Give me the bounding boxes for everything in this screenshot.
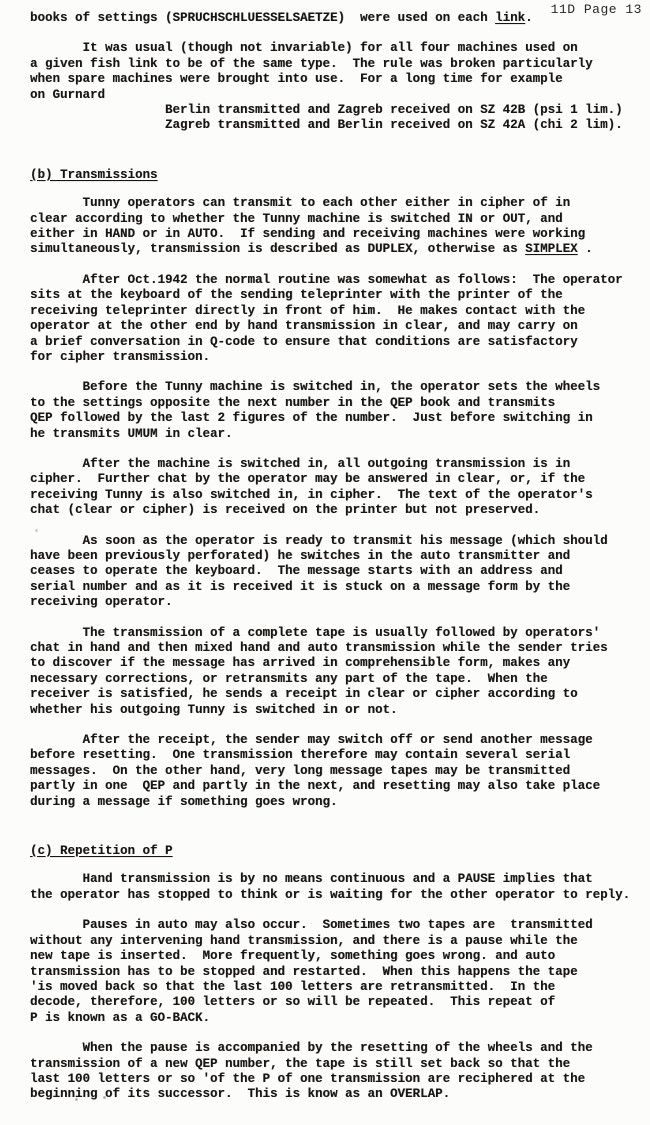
section-c-paragraph-1: Hand transmission is by no means continu… [30, 872, 642, 903]
intro-line: books of settings (SPRUCHSCHLUESSELSAETZ… [30, 11, 642, 26]
page-content: books of settings (SPRUCHSCHLUESSELSAETZ… [30, 11, 642, 1103]
section-b-paragraph-1: Tunny operators can transmit to each oth… [30, 196, 642, 258]
section-b-paragraph-1-underlined-word: SIMPLEX [525, 242, 578, 256]
intro-line-post: . [525, 11, 533, 25]
section-b-paragraph-7: After the receipt, the sender may switch… [30, 733, 642, 810]
section-b-paragraph-1-post: . [578, 242, 593, 256]
section-c-heading: (c) Repetition of P [30, 844, 642, 859]
scan-speckles [0, 0, 1, 1]
section-b-paragraph-1-pre: Tunny operators can transmit to each oth… [30, 196, 585, 256]
section-b-paragraph-4: After the machine is switched in, all ou… [30, 457, 642, 519]
section-c-paragraph-2: Pauses in auto may also occur. Sometimes… [30, 918, 642, 1026]
section-c-paragraph-3: When the pause is accompanied by the res… [30, 1041, 642, 1103]
section-b-paragraph-6: The transmission of a complete tape is u… [30, 626, 642, 718]
section-b-paragraph-2: After Oct.1942 the normal routine was so… [30, 273, 642, 365]
section-b-paragraph-5: As soon as the operator is ready to tran… [30, 534, 642, 611]
paragraph-machines: It was usual (though not invariable) for… [30, 41, 642, 133]
intro-line-pre: books of settings (SPRUCHSCHLUESSELSAETZ… [30, 11, 495, 25]
section-b-heading: (b) Transmissions [30, 168, 642, 183]
section-b-paragraph-3: Before the Tunny machine is switched in,… [30, 380, 642, 442]
document-page: 11D Page 13 books of settings (SPRUCHSCH… [0, 0, 650, 1125]
intro-line-underlined-word: link [495, 11, 525, 25]
